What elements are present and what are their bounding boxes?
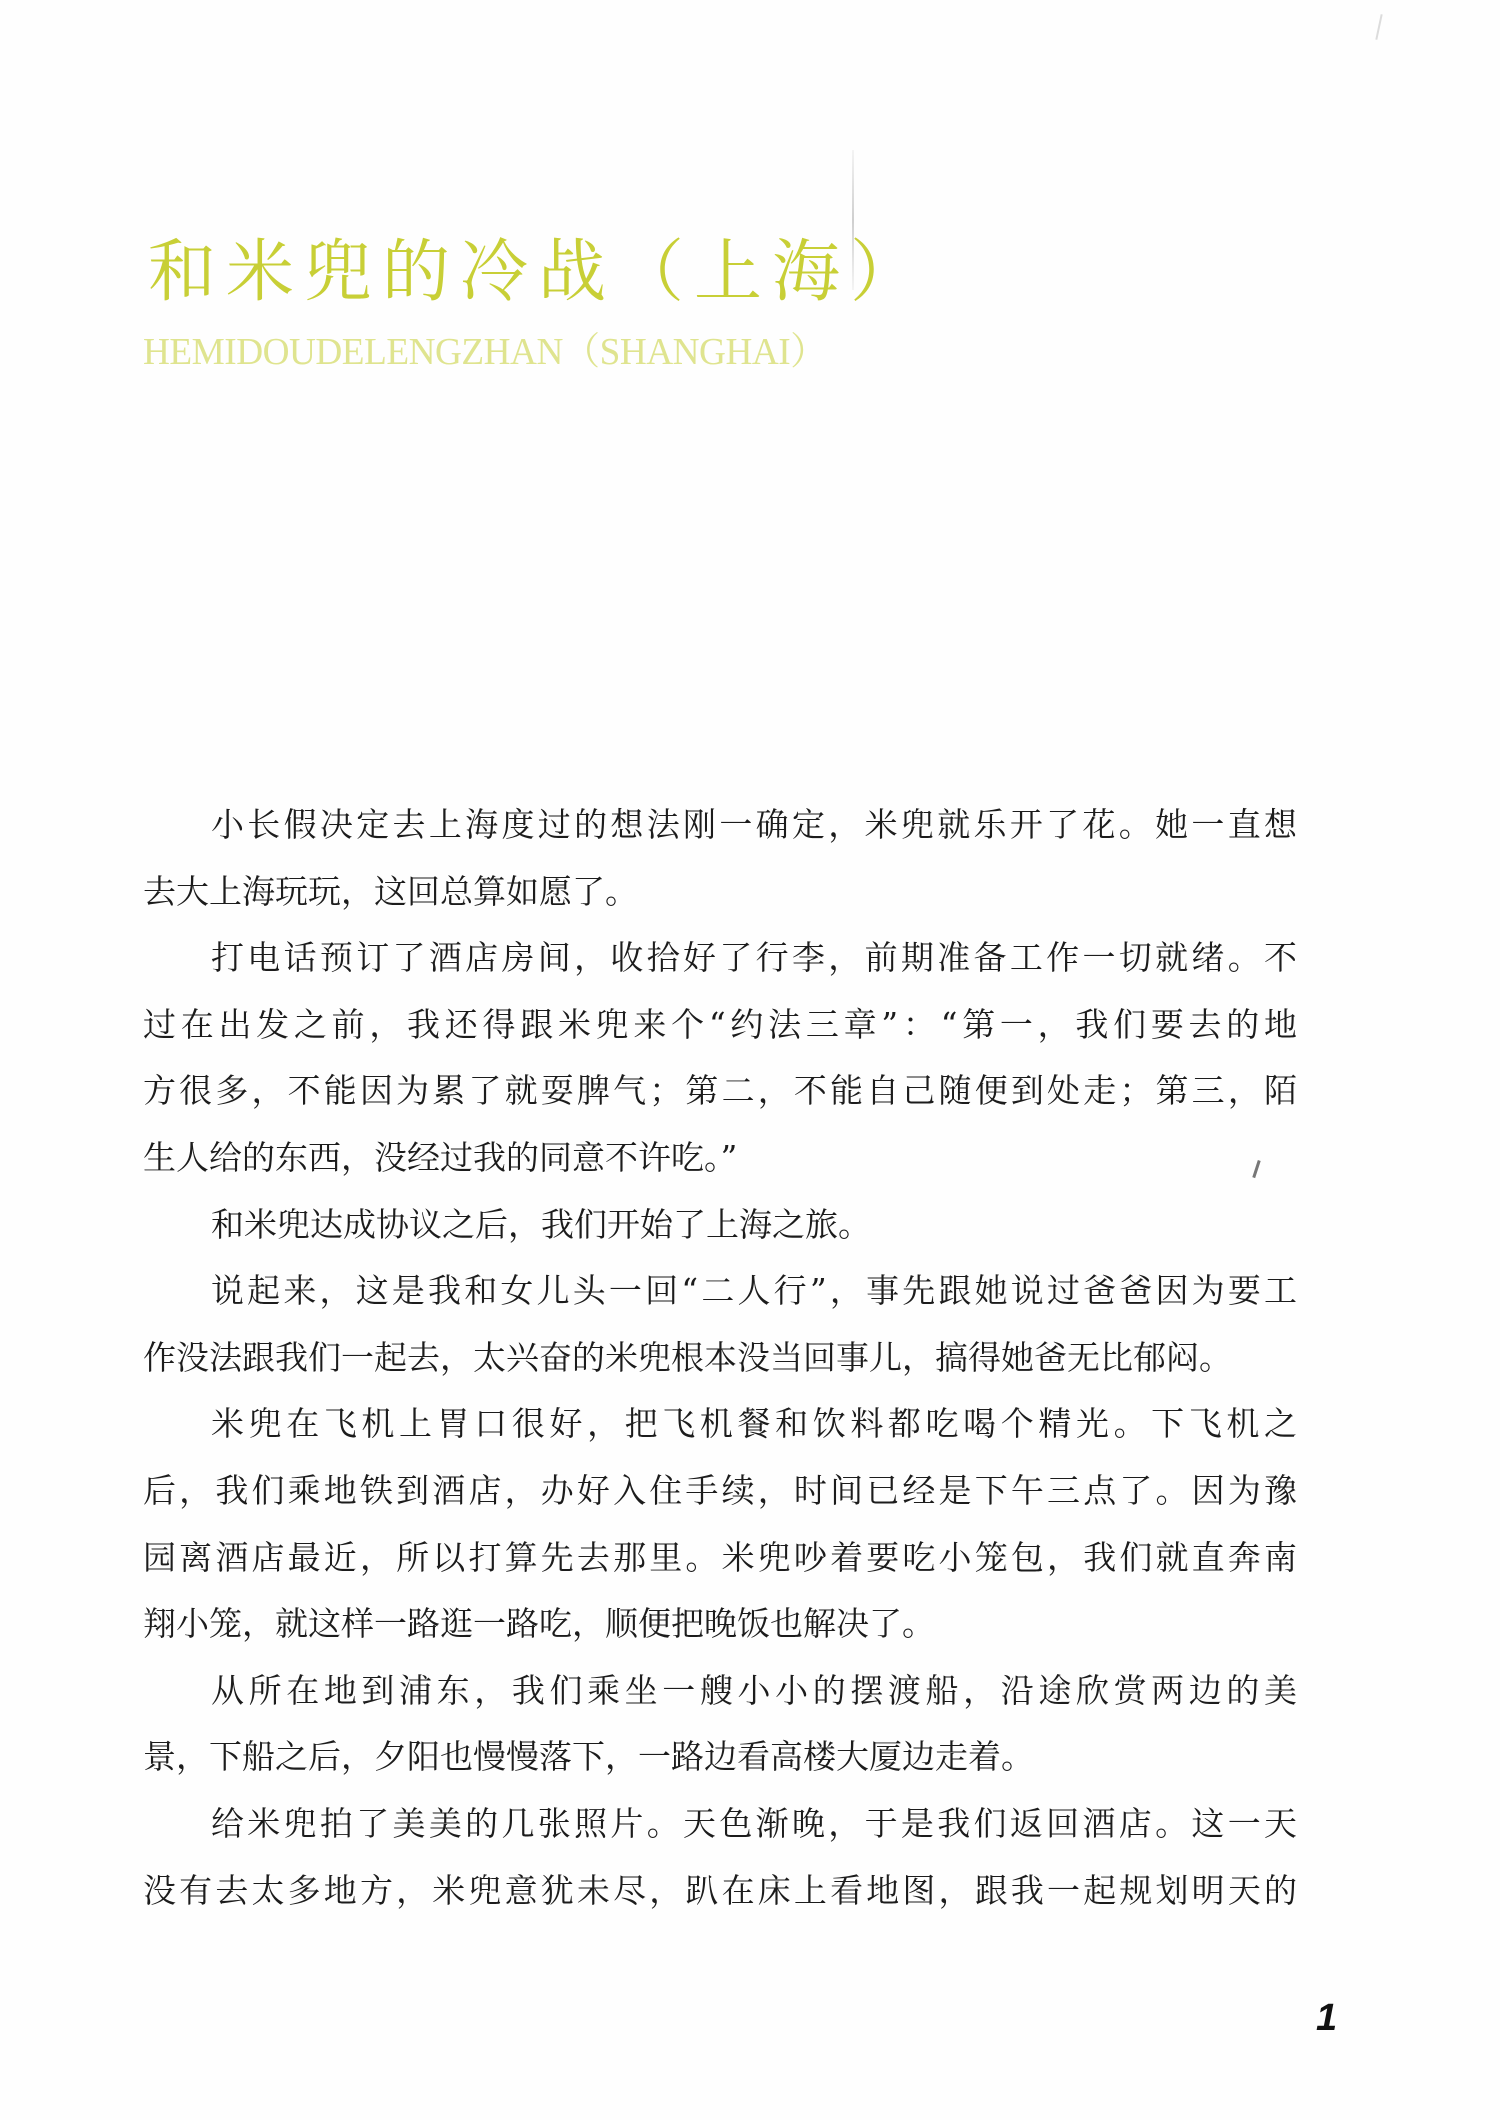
- paragraph-line: 从所在地到浦东，我们乘坐一艘小小的摆渡船，沿途欣赏两边的美: [143, 1658, 1297, 1725]
- paragraph-line: 园离酒店最近，所以打算先去那里。米兜吵着要吃小笼包，我们就直奔南: [143, 1525, 1297, 1592]
- paragraph-line: 和米兜达成协议之后，我们开始了上海之旅。: [143, 1192, 1297, 1259]
- chapter-title: 和米兜的冷战（上海）: [148, 228, 928, 318]
- paragraph-line: 给米兜拍了美美的几张照片。天色渐晚，于是我们返回酒店。这一天: [143, 1791, 1297, 1858]
- paragraph-line: 打电话预订了酒店房间，收拾好了行李，前期准备工作一切就绪。不: [143, 925, 1297, 992]
- paragraph-line: 后，我们乘地铁到酒店，办好入住手续，时间已经是下午三点了。因为豫: [143, 1458, 1297, 1525]
- scan-artifact-mark: [1375, 14, 1382, 40]
- paragraph-line: 翔小笼，就这样一路逛一路吃，顺便把晚饭也解决了。: [143, 1591, 1297, 1658]
- paragraph-line: 去大上海玩玩，这回总算如愿了。: [143, 859, 1297, 926]
- paragraph-line: 生人给的东西，没经过我的同意不许吃。”: [143, 1125, 1297, 1192]
- paragraph-line: 没有去太多地方，米兜意犹未尽，趴在床上看地图，跟我一起规划明天的: [143, 1858, 1297, 1925]
- paragraph-line: 说起来，这是我和女儿头一回“二人行”，事先跟她说过爸爸因为要工: [143, 1258, 1297, 1325]
- paragraph-line: 过在出发之前，我还得跟米兜来个“约法三章”：“第一，我们要去的地: [143, 992, 1297, 1059]
- paragraph-line: 景，下船之后，夕阳也慢慢落下，一路边看高楼大厦边走着。: [143, 1724, 1297, 1791]
- page-number: 1: [1316, 1996, 1337, 2040]
- paragraph-line: 作没法跟我们一起去，太兴奋的米兜根本没当回事儿，搞得她爸无比郁闷。: [143, 1325, 1297, 1392]
- body-text: 小长假决定去上海度过的想法刚一确定，米兜就乐开了花。她一直想 去大上海玩玩，这回…: [143, 792, 1297, 1924]
- paragraph-line: 米兜在飞机上胃口很好，把飞机餐和饮料都吃喝个精光。下飞机之: [143, 1391, 1297, 1458]
- chapter-subtitle: HEMIDOUDELENGZHAN（SHANGHAI）: [143, 330, 827, 374]
- book-page: 和米兜的冷战（上海） HEMIDOUDELENGZHAN（SHANGHAI） 小…: [0, 0, 1500, 2120]
- paragraph-line: 小长假决定去上海度过的想法刚一确定，米兜就乐开了花。她一直想: [143, 792, 1297, 859]
- paragraph-line: 方很多，不能因为累了就耍脾气；第二，不能自己随便到处走；第三，陌: [143, 1058, 1297, 1125]
